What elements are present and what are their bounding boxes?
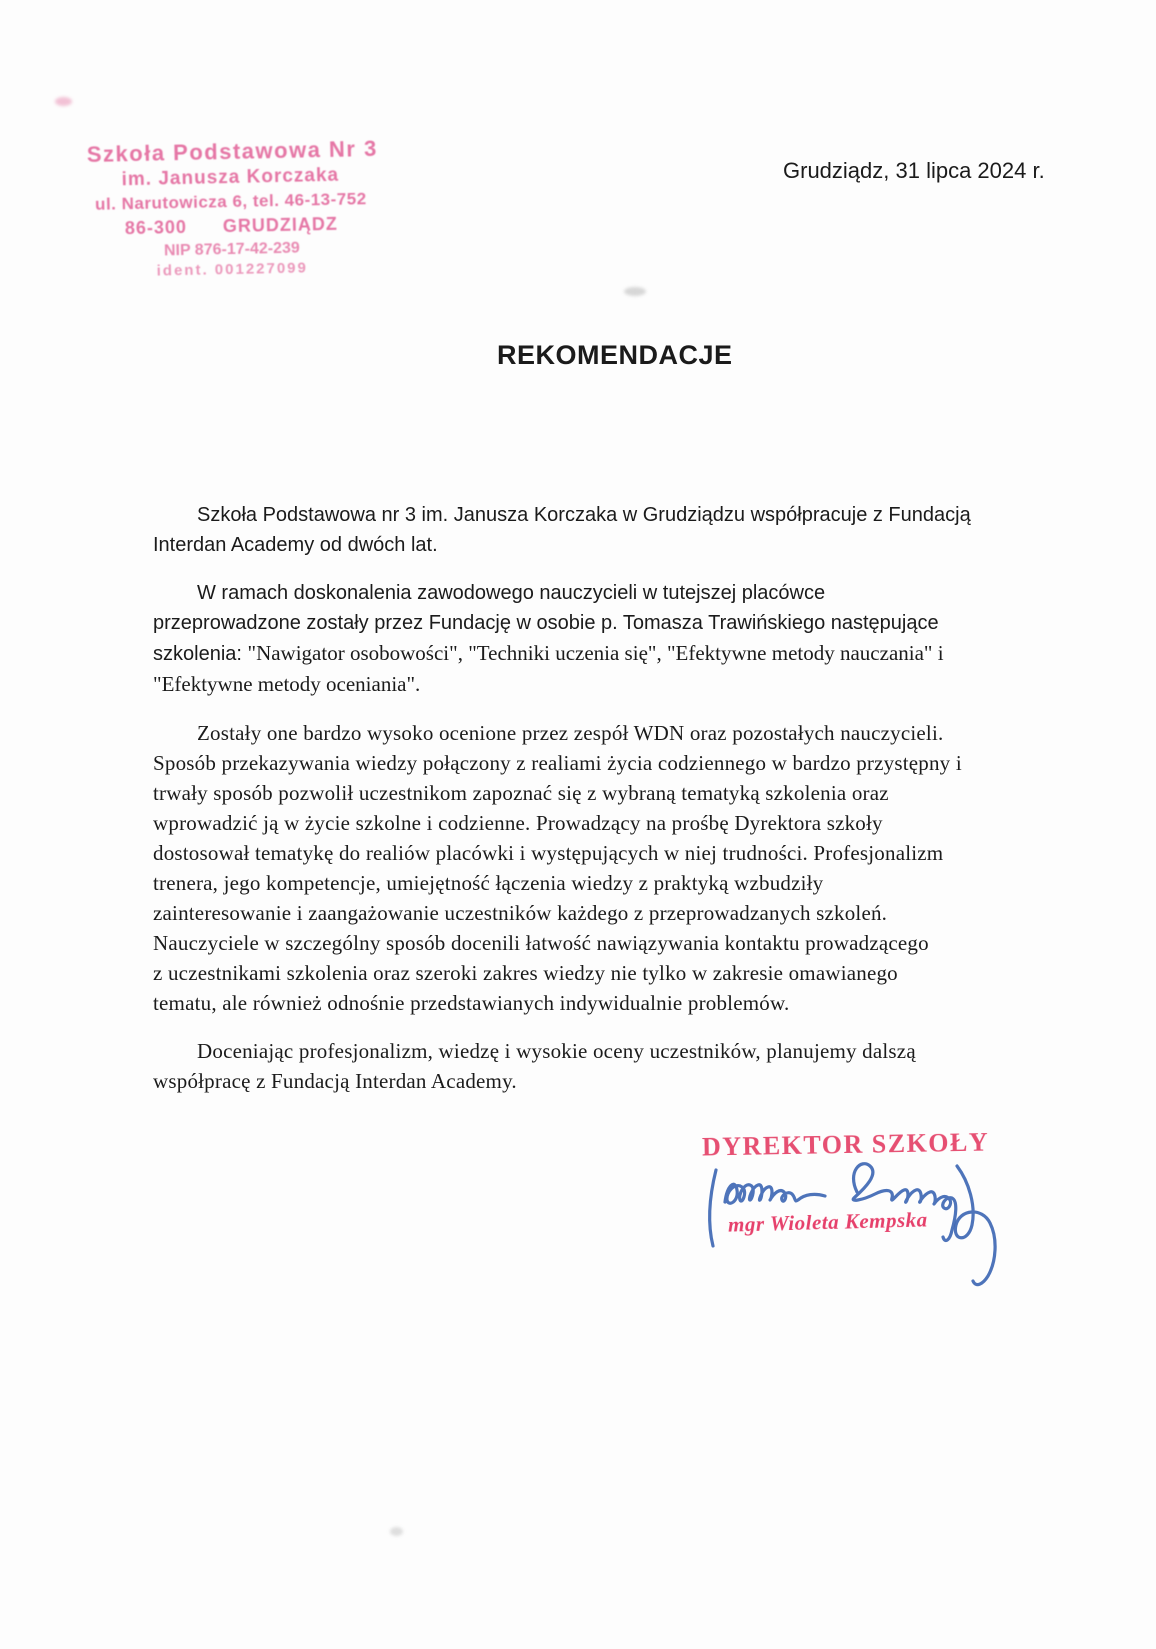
document-title: REKOMENDACJE (497, 340, 733, 371)
paragraph-evaluation: Zostały one bardzo wysoko ocenione przez… (153, 718, 1053, 1018)
paragraph-closing: Doceniając profesjonalizm, wiedzę i wyso… (153, 1036, 1053, 1096)
signature-bracket-stroke (710, 1170, 716, 1246)
letter-body: Szkoła Podstawowa nr 3 im. Janusza Korcz… (153, 500, 1053, 1114)
scanned-letter-page: Szkoła Podstawowa Nr 3 im. Janusza Korcz… (0, 0, 1156, 1649)
scan-artifact (390, 1527, 403, 1536)
paragraph-trainings-list: "Nawigator osobowości", "Techniki uczeni… (153, 641, 944, 696)
scan-artifact (55, 97, 72, 106)
school-stamp: Szkoła Podstawowa Nr 3 im. Janusza Korcz… (87, 135, 376, 282)
director-name: mgr Wioleta Kempska (728, 1207, 928, 1237)
signature-firstname-stroke (725, 1184, 825, 1203)
paragraph-trainings: W ramach doskonalenia zawodowego nauczyc… (153, 578, 1053, 700)
scan-artifact (624, 287, 646, 296)
date-line: Grudziądz, 31 lipca 2024 r. (783, 158, 1045, 184)
signature-tail-stroke (955, 1166, 995, 1285)
paragraph-intro: Szkoła Podstawowa nr 3 im. Janusza Korcz… (153, 500, 1053, 560)
